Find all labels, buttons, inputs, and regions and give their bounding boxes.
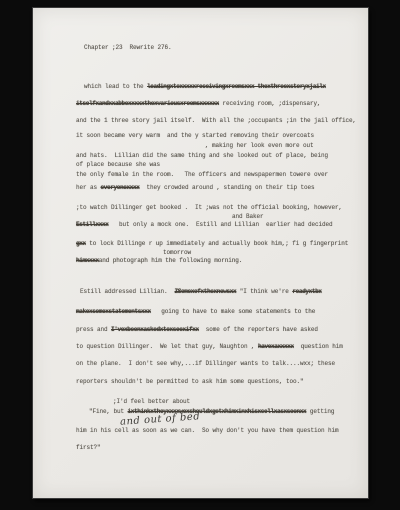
typed-text: Chapter ;23 Rewrite 276. (84, 44, 172, 51)
typed-text: ;I'd feel better about (113, 398, 190, 405)
typed-line: ;to watch Dillinger get booked . It ;was… (76, 204, 342, 212)
typed-text: it soon became very warm and the y start… (76, 132, 314, 139)
typed-text: her as (76, 184, 101, 191)
struckthrough-text: everyonexxxx (101, 184, 140, 191)
typed-line: gxx to lock Dillinge r up immediately an… (76, 240, 348, 248)
typed-text: and photograph him the following morning… (99, 257, 243, 264)
manuscript-page: Chapter ;23 Rewrite 276.which lead to th… (33, 8, 368, 498)
scanned-document-view: { "page": { "background_color": "#0b0b0b… (0, 0, 400, 510)
struckthrough-text: readyxtbx (292, 288, 321, 295)
typed-text: first?" (76, 444, 101, 451)
typed-text: him in his cell as soon as we can. So wh… (76, 427, 339, 434)
struckthrough-text: havexaxxxxx (258, 343, 294, 350)
typed-text: to question Dillinger. We let that guy, … (76, 343, 258, 350)
typed-line: Estill addressed Lillian. ZSomexofxthexn… (80, 288, 322, 296)
struckthrough-text: himxxxx (76, 257, 99, 264)
typed-text: "I think we're (236, 288, 292, 295)
typed-text: Estill addressed Lillian. (80, 288, 175, 295)
typed-line: reporters shouldn't be permitted to ask … (76, 378, 304, 386)
typed-line: her as everyonexxxx they crowded around … (76, 184, 315, 192)
typed-text: receiving room, ;dispensary, (219, 100, 321, 107)
typed-text: tomorrow (163, 249, 191, 256)
typed-line: himxxxxand photograph him the following … (76, 257, 242, 265)
typed-text: reporters shouldn't be permitted to ask … (76, 378, 304, 385)
struckthrough-text: gxx (76, 240, 86, 247)
typed-line: him in his cell as soon as we can. So wh… (76, 427, 339, 435)
typed-line: ;I'd feel better about (113, 398, 190, 406)
typed-line: , making her look even more out (205, 142, 314, 150)
typed-line: first?" (76, 444, 101, 452)
typed-text: some of the reporters have asked (199, 326, 318, 333)
typed-line: the only female in the room. The officer… (76, 171, 328, 179)
struckthrough-text: ZSomexofxthexnewsxx (175, 288, 237, 295)
typed-line: and Baker (232, 213, 264, 221)
typed-text: on the plane. I don't see why,...if Dill… (76, 360, 335, 367)
typed-line: and hats. Lillian did the same thing and… (76, 152, 328, 160)
typed-text: to lock Dillinge r up immediately and ac… (86, 240, 349, 247)
typed-line: makexsomexstatementsxxx going to have to… (76, 308, 315, 316)
typed-text: they crowded around , standing on their … (140, 184, 315, 191)
struckthrough-text: I'vexbeenxaskedxtoxseexifxx (111, 326, 199, 333)
typed-text: "Fine, but (89, 408, 128, 415)
typed-text: of place because she was (76, 161, 160, 168)
typed-line: to question Dillinger. We let that guy, … (76, 343, 343, 351)
typed-line: "Fine, but ixthinkxtheyxxxxwexshouldxget… (89, 408, 334, 416)
typed-text: the only female in the room. The officer… (76, 171, 328, 178)
typed-line: and the 1 three story jail itself. With … (76, 117, 356, 125)
struckthrough-text: itselfxandxxabbexxxxxthexvariousxroomsxx… (76, 100, 219, 107)
typed-text: going to have to make some statements to… (151, 308, 316, 315)
typed-line: press and I'vexbeenxaskedxtoxseexifxx so… (76, 326, 318, 334)
typed-line: Chapter ;23 Rewrite 276. (84, 44, 172, 52)
typed-text: but only a mock one. Estill and Lillian … (109, 221, 333, 228)
typed-text: getting (306, 408, 334, 415)
typed-line: it soon became very warm and the y start… (76, 132, 314, 140)
typed-text: and the 1 three story jail itself. With … (76, 117, 356, 124)
struckthrough-text: makexsomexstatementsxxx (76, 308, 151, 315)
typed-text: question him (294, 343, 343, 350)
typed-text: which lead to the (84, 83, 147, 90)
typed-text: press and (76, 326, 111, 333)
typed-line: of place because she was (76, 161, 160, 169)
typed-text: and Baker (232, 213, 264, 220)
typed-line: tomorrow (163, 249, 191, 257)
typed-line: itselfxandxxabbexxxxxthexvariousxroomsxx… (76, 100, 321, 108)
struckthrough-text: Estillxxxx (76, 221, 109, 228)
typed-line: on the plane. I don't see why,...if Dill… (76, 360, 335, 368)
typed-line: which lead to the leadingxtoxxxxxreceivi… (84, 83, 326, 91)
struckthrough-text: leadingxtoxxxxxreceivingxroomsxxx thexth… (147, 83, 326, 90)
typed-text: and hats. Lillian did the same thing and… (76, 152, 328, 159)
typed-line: Estillxxxx but only a mock one. Estill a… (76, 221, 333, 229)
typed-text: ;to watch Dillinger get booked . It ;was… (76, 204, 342, 211)
typed-text: , making her look even more out (205, 142, 314, 149)
